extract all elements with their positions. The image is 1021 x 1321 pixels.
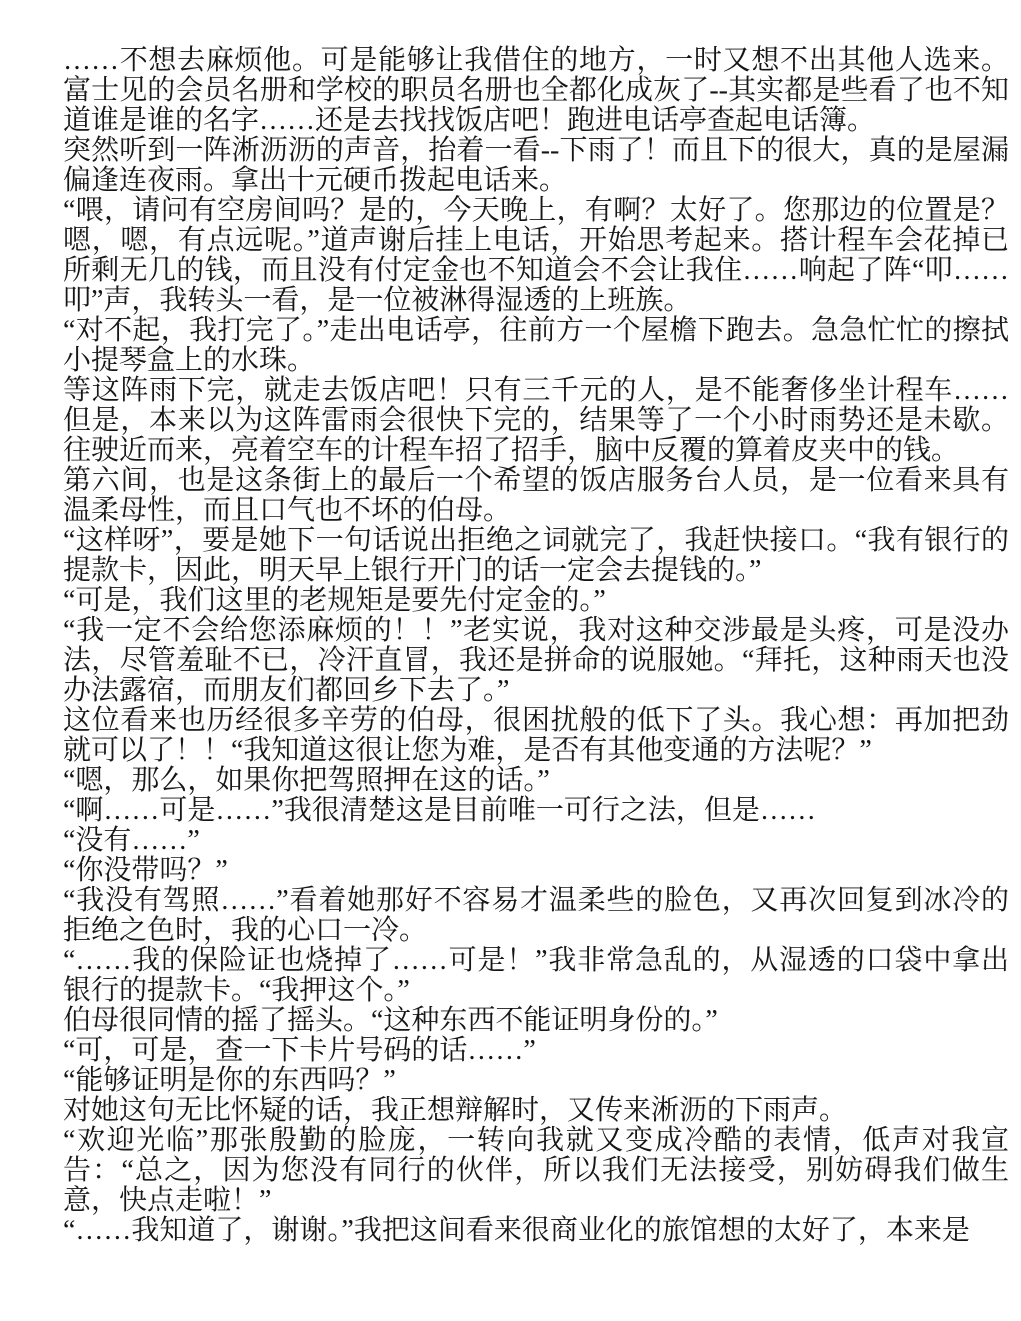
paragraph: 第六间，也是这条街上的最后一个希望的饭店服务台人员，是一位看来具有温柔母性，而且…	[63, 466, 1009, 526]
paragraph: “喂，请问有空房间吗？是的，今天晚上，有啊？太好了。您那边的位置是？嗯，嗯，有点…	[63, 196, 1009, 316]
paragraph: “可是，我们这里的老规矩是要先付定金的。”	[63, 586, 1009, 616]
paragraph: 伯母很同情的摇了摇头。“这种东西不能证明身份的。”	[63, 1006, 1009, 1036]
paragraph: “对不起，我打完了。”走出电话亭，往前方一个屋檐下跑去。急急忙忙的擦拭小提琴盒上…	[63, 316, 1009, 376]
paragraph: “我没有驾照……”看着她那好不容易才温柔些的脸色，又再次回复到冰冷的拒绝之色时，…	[63, 886, 1009, 946]
paragraph: 这位看来也历经很多辛劳的伯母，很困扰般的低下了头。我心想：再加把劲就可以了！！“…	[63, 706, 1009, 766]
paragraph: “可，可是，查一下卡片号码的话……”	[63, 1036, 1009, 1066]
paragraph: “我一定不会给您添麻烦的！！”老实说，我对这种交涉最是头疼，可是没办法，尽管羞耻…	[63, 616, 1009, 706]
paragraph: 等这阵雨下完，就走去饭店吧！只有三千元的人，是不能奢侈坐计程车……但是，本来以为…	[63, 376, 1009, 466]
page: ……不想去麻烦他。可是能够让我借住的地方，一时又想不出其他人选来。富士见的会员名…	[0, 0, 1021, 1321]
paragraph: 对她这句无比怀疑的话，我正想辩解时，又传来淅沥的下雨声。	[63, 1096, 1009, 1126]
paragraph: “你没带吗？”	[63, 856, 1009, 886]
paragraph: “这样呀”，要是她下一句话说出拒绝之词就完了，我赶快接口。“我有银行的提款卡，因…	[63, 526, 1009, 586]
paragraph: “欢迎光临”那张殷勤的脸庞，一转向我就又变成冷酷的表情，低声对我宣告：“总之，因…	[63, 1126, 1009, 1216]
paragraph: “能够证明是你的东西吗？”	[63, 1066, 1009, 1096]
novel-text: ……不想去麻烦他。可是能够让我借住的地方，一时又想不出其他人选来。富士见的会员名…	[63, 46, 1009, 1246]
paragraph: ……不想去麻烦他。可是能够让我借住的地方，一时又想不出其他人选来。富士见的会员名…	[63, 46, 1009, 136]
paragraph: “……我知道了，谢谢。”我把这间看来很商业化的旅馆想的太好了，本来是	[63, 1216, 1009, 1246]
paragraph: “……我的保险证也烧掉了……可是！”我非常急乱的，从湿透的口袋中拿出银行的提款卡…	[63, 946, 1009, 1006]
paragraph: “啊……可是……”我很清楚这是目前唯一可行之法，但是……	[63, 796, 1009, 826]
paragraph: 突然听到一阵淅沥沥的声音，抬着一看--下雨了！而且下的很大，真的是屋漏偏逢连夜雨…	[63, 136, 1009, 196]
paragraph: “嗯，那么，如果你把驾照押在这的话。”	[63, 766, 1009, 796]
paragraph: “没有……”	[63, 826, 1009, 856]
